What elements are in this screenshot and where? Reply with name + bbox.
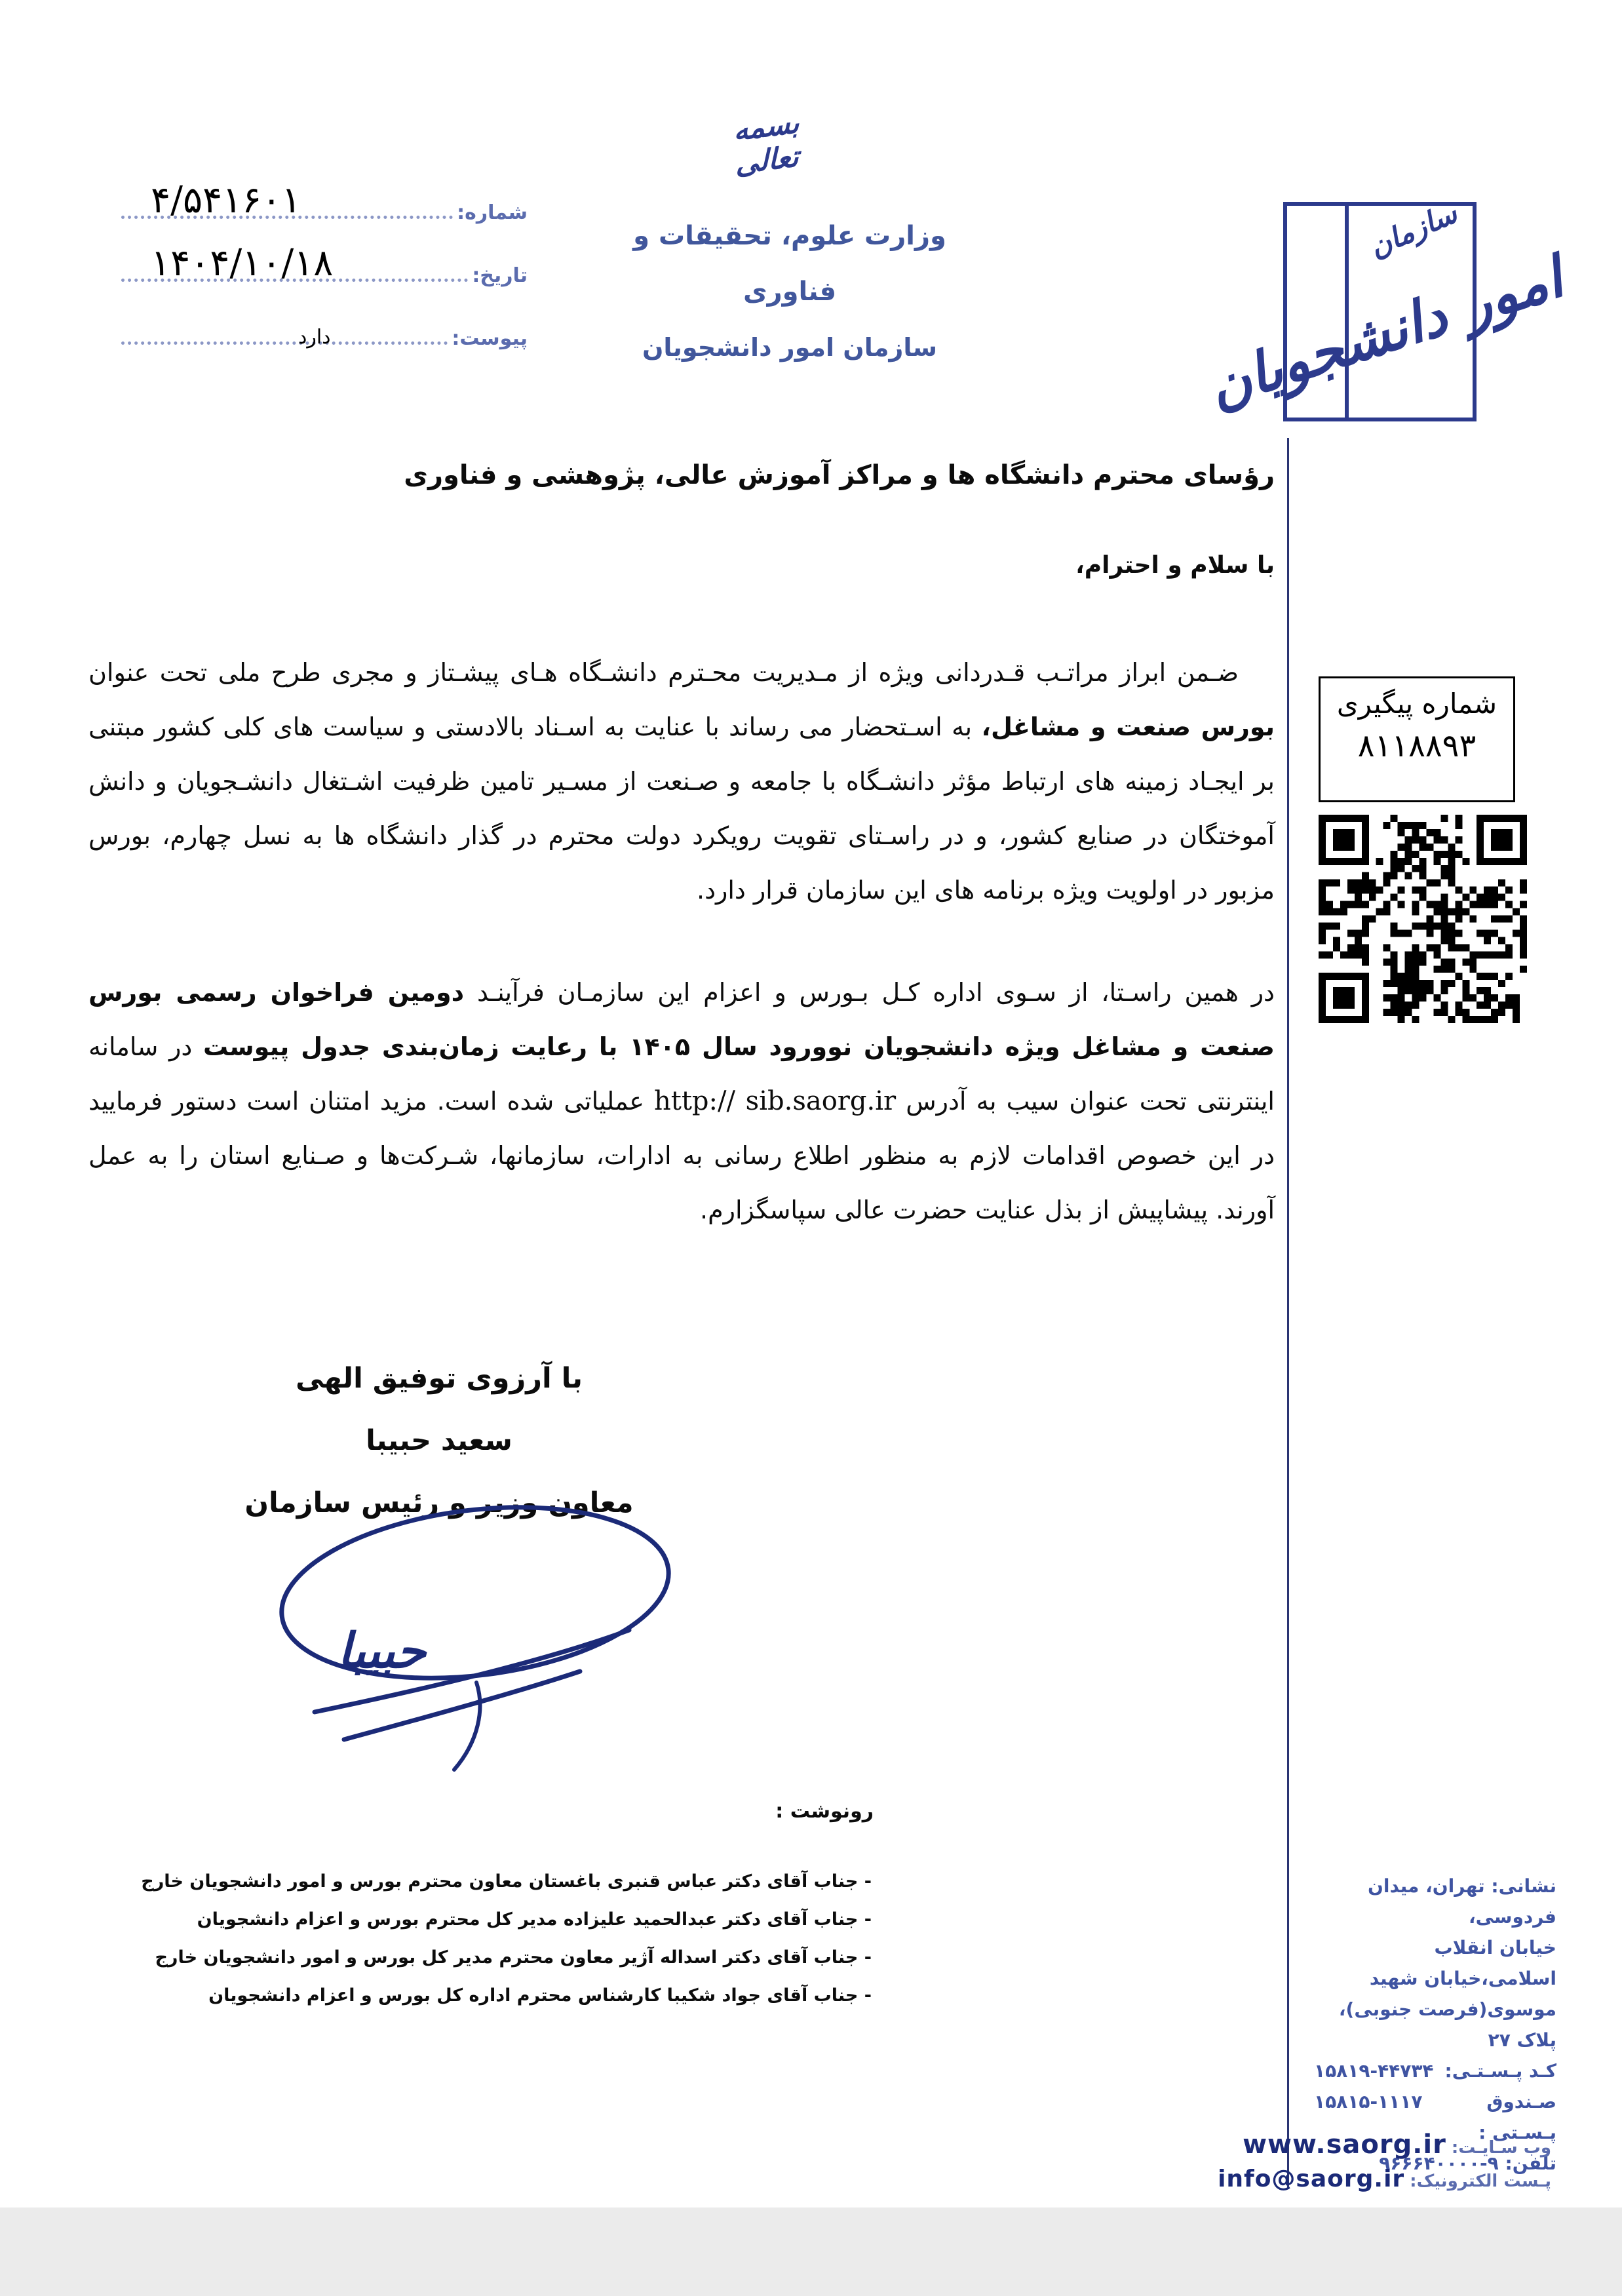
cc-item: - جناب آقای دکتر عباس قنبری باغستان معاو…	[66, 1863, 872, 1901]
attachment-label: پیوست:	[452, 327, 528, 351]
postal-code-value: ۱۵۸۱۹-۴۴۷۳۴	[1314, 2055, 1434, 2086]
email-label: پـست الکترونیک:	[1410, 2166, 1551, 2197]
date-label: تاریخ:	[472, 264, 528, 288]
ministry-name: وزارت علوم، تحقیقات و فناوری	[593, 208, 986, 320]
number-label: شماره:	[457, 201, 528, 225]
signatory-name: سعید حبیبا	[210, 1410, 668, 1472]
cc-item: - جناب آقای جواد شکیبا کارشناس محترم ادا…	[66, 1977, 872, 2015]
scan-edge-strip	[0, 2208, 1622, 2296]
signature-scribble-text: حبیبا	[338, 1623, 428, 1679]
handwritten-signature: حبیبا	[259, 1496, 682, 1778]
website-row: وب سـایـت: www.saorg.ir	[1289, 2129, 1551, 2164]
address-line: خیابان انقلاب اسلامی،خیابان شهید	[1314, 1932, 1556, 1994]
cc-item: - جناب آقای دکتر اسداله آژیر معاون محترم…	[66, 1939, 872, 1977]
meta-row-date: تاریخ: ۱۴۰۴/۱۰/۱۸	[115, 225, 528, 288]
email-row: پـست الکترونیک: info@saorg.ir	[1289, 2164, 1551, 2197]
sib-portal-url: http:// sib.saorg.ir	[654, 1086, 896, 1116]
postal-code-label: کـد پـسـتـی:	[1445, 2055, 1556, 2086]
vertical-divider	[1287, 438, 1289, 2189]
p1-text: ضـمن ابراز مراتـب قـدردانی ویژه از مـدیر…	[88, 658, 1239, 687]
meta-row-attachment: پیوست: دارد	[115, 288, 528, 351]
address-line: نشانی: تهران، میدان فردوسی،	[1314, 1871, 1556, 1932]
tracking-number-box: شماره پیگیری ۸۱۱۸۸۹۳	[1319, 676, 1515, 802]
cc-item: - جناب آقای دکتر عبدالحمید علیزاده مدیر …	[66, 1901, 872, 1939]
letter-number-value: ۴/۵۴۱۶۰۱	[151, 179, 301, 222]
qr-code	[1319, 815, 1527, 1023]
tracking-label: شماره پیگیری	[1321, 688, 1513, 720]
postal-code-row: کـد پـسـتـی: ۱۵۸۱۹-۴۴۷۳۴	[1314, 2055, 1556, 2086]
po-box-value: ۱۵۸۱۵-۱۱۱۷	[1314, 2086, 1422, 2117]
footer-links: وب سـایـت: www.saorg.ir پـست الکترونیک: …	[1289, 2129, 1551, 2197]
website-url: www.saorg.ir	[1243, 2129, 1446, 2160]
attachment-value: دارد	[298, 326, 331, 349]
bismillah-calligraphy: بسمه تعالی	[705, 102, 829, 185]
letter-meta: شماره: ۴/۵۴۱۶۰۱ تاریخ: ۱۴۰۴/۱۰/۱۸ پیوست:…	[115, 163, 528, 351]
dotted-leader	[121, 341, 448, 345]
letter-date-value: ۱۴۰۴/۱۰/۱۸	[151, 242, 333, 284]
meta-row-number: شماره: ۴/۵۴۱۶۰۱	[115, 163, 528, 225]
letterhead-titles: وزارت علوم، تحقیقات و فناوری سازمان امور…	[593, 208, 986, 376]
signature-closing: با آرزوی توفیق الهی	[210, 1348, 668, 1410]
salutation: با سلام و احترام،	[1075, 552, 1275, 579]
tracking-number: ۸۱۱۸۸۹۳	[1321, 728, 1513, 764]
cc-list: - جناب آقای دکتر عباس قنبری باغستان معاو…	[66, 1863, 872, 2015]
paragraph-1: ضـمن ابراز مراتـب قـدردانی ویژه از مـدیر…	[88, 646, 1275, 918]
website-label: وب سـایـت:	[1452, 2132, 1551, 2164]
p2-text: در همین راسـتا، از سـوی اداره کـل بـورس …	[464, 978, 1275, 1007]
organization-name: سازمان امور دانشجویان	[593, 320, 986, 376]
p1-bold-phrase: بورس صنعت و مشاغل،	[982, 712, 1275, 741]
paragraph-2: در همین راسـتا، از سـوی اداره کـل بـورس …	[88, 965, 1275, 1237]
recipient-heading: رؤسای محترم دانشگاه ها و مراکز آموزش عال…	[404, 460, 1275, 490]
organization-logo: سازمان امور دانشجویان	[1283, 202, 1477, 421]
scanned-official-letter: بسمه تعالی وزارت علوم، تحقیقات و فناوری …	[0, 0, 1622, 2296]
address-line: موسوی(فرصت جنوبی)، پلاک ۲۷	[1314, 1994, 1556, 2055]
cc-label: رونوشت :	[775, 1800, 874, 1823]
email-address: info@saorg.ir	[1218, 2164, 1404, 2195]
